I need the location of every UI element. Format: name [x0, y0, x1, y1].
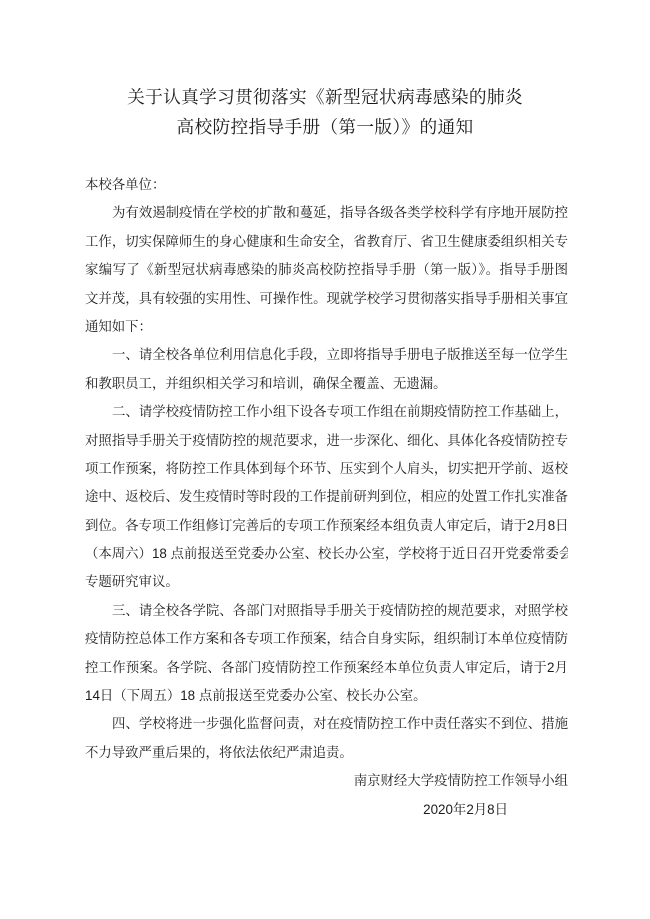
date: 2020年2月8日 [85, 796, 568, 824]
body-line: 为有效遏制疫情在学校的扩散和蔓延，指导各级各类学校科学有序地开展防控 [85, 199, 568, 227]
signature: 南京财经大学疫情防控工作领导小组 [85, 767, 568, 795]
body-line: （本周六）18 点前报送至党委办公室、校长办公室，学校将于近日召开党委常委会 [85, 540, 568, 568]
document-body: 本校各单位： 为有效遏制疫情在学校的扩散和蔓延，指导各级各类学校科学有序地开展防… [85, 171, 568, 824]
body-line: 不力导致严重后果的，将依法依纪严肃追责。 [85, 739, 568, 767]
body-line-item-1: 一、请全校各单位利用信息化手段，立即将指导手册电子版推送至每一位学生 [85, 341, 568, 369]
body-line: 工作，切实保障师生的身心健康和生命安全，省教育厅、省卫生健康委组织相关专 [85, 228, 568, 256]
body-line-item-4: 四、学校将进一步强化监督问责，对在疫情防控工作中责任落实不到位、措施 [85, 710, 568, 738]
body-line-item-3: 三、请全校各学院、各部门对照指导手册关于疫情防控的规范要求，对照学校 [85, 597, 568, 625]
document-title-line-1: 关于认真学习贯彻落实《新型冠状病毒感染的肺炎 [0, 83, 650, 113]
document-title: 关于认真学习贯彻落实《新型冠状病毒感染的肺炎 高校防控指导手册（第一版）》的通知 [0, 83, 650, 142]
body-line: 14日（下周五）18 点前报送至党委办公室、校长办公室。 [85, 682, 568, 710]
body-line: 和教职员工，并组织相关学习和培训，确保全覆盖、无遗漏。 [85, 370, 568, 398]
salutation: 本校各单位： [85, 171, 568, 199]
body-line: 家编写了《新型冠状病毒感染的肺炎高校防控指导手册（第一版）》。指导手册图 [85, 256, 568, 284]
notice-document-page: 关于认真学习贯彻落实《新型冠状病毒感染的肺炎 高校防控指导手册（第一版）》的通知… [0, 0, 650, 919]
body-line: 控工作预案。各学院、各部门疫情防控工作预案经本单位负责人审定后，请于2月 [85, 654, 568, 682]
body-line: 到位。各专项工作组修订完善后的专项工作预案经本组负责人审定后，请于2月8日 [85, 512, 568, 540]
document-title-line-2: 高校防控指导手册（第一版）》的通知 [0, 113, 650, 143]
body-line: 专题研究审议。 [85, 568, 568, 596]
body-line: 疫情防控总体工作方案和各专项工作预案，结合自身实际，组织制订本单位疫情防 [85, 625, 568, 653]
body-line-item-2: 二、请学校疫情防控工作小组下设各专项工作组在前期疫情防控工作基础上， [85, 398, 568, 426]
body-line: 通知如下： [85, 313, 568, 341]
body-line: 项工作预案，将防控工作具体到每个环节、压实到个人肩头，切实把开学前、返校 [85, 455, 568, 483]
body-line: 途中、返校后、发生疫情时等时段的工作提前研判到位，相应的处置工作扎实准备 [85, 483, 568, 511]
body-line: 文并茂，具有较强的实用性、可操作性。现就学校学习贯彻落实指导手册相关事宜 [85, 285, 568, 313]
body-line: 对照指导手册关于疫情防控的规范要求，进一步深化、细化、具体化各疫情防控专 [85, 427, 568, 455]
